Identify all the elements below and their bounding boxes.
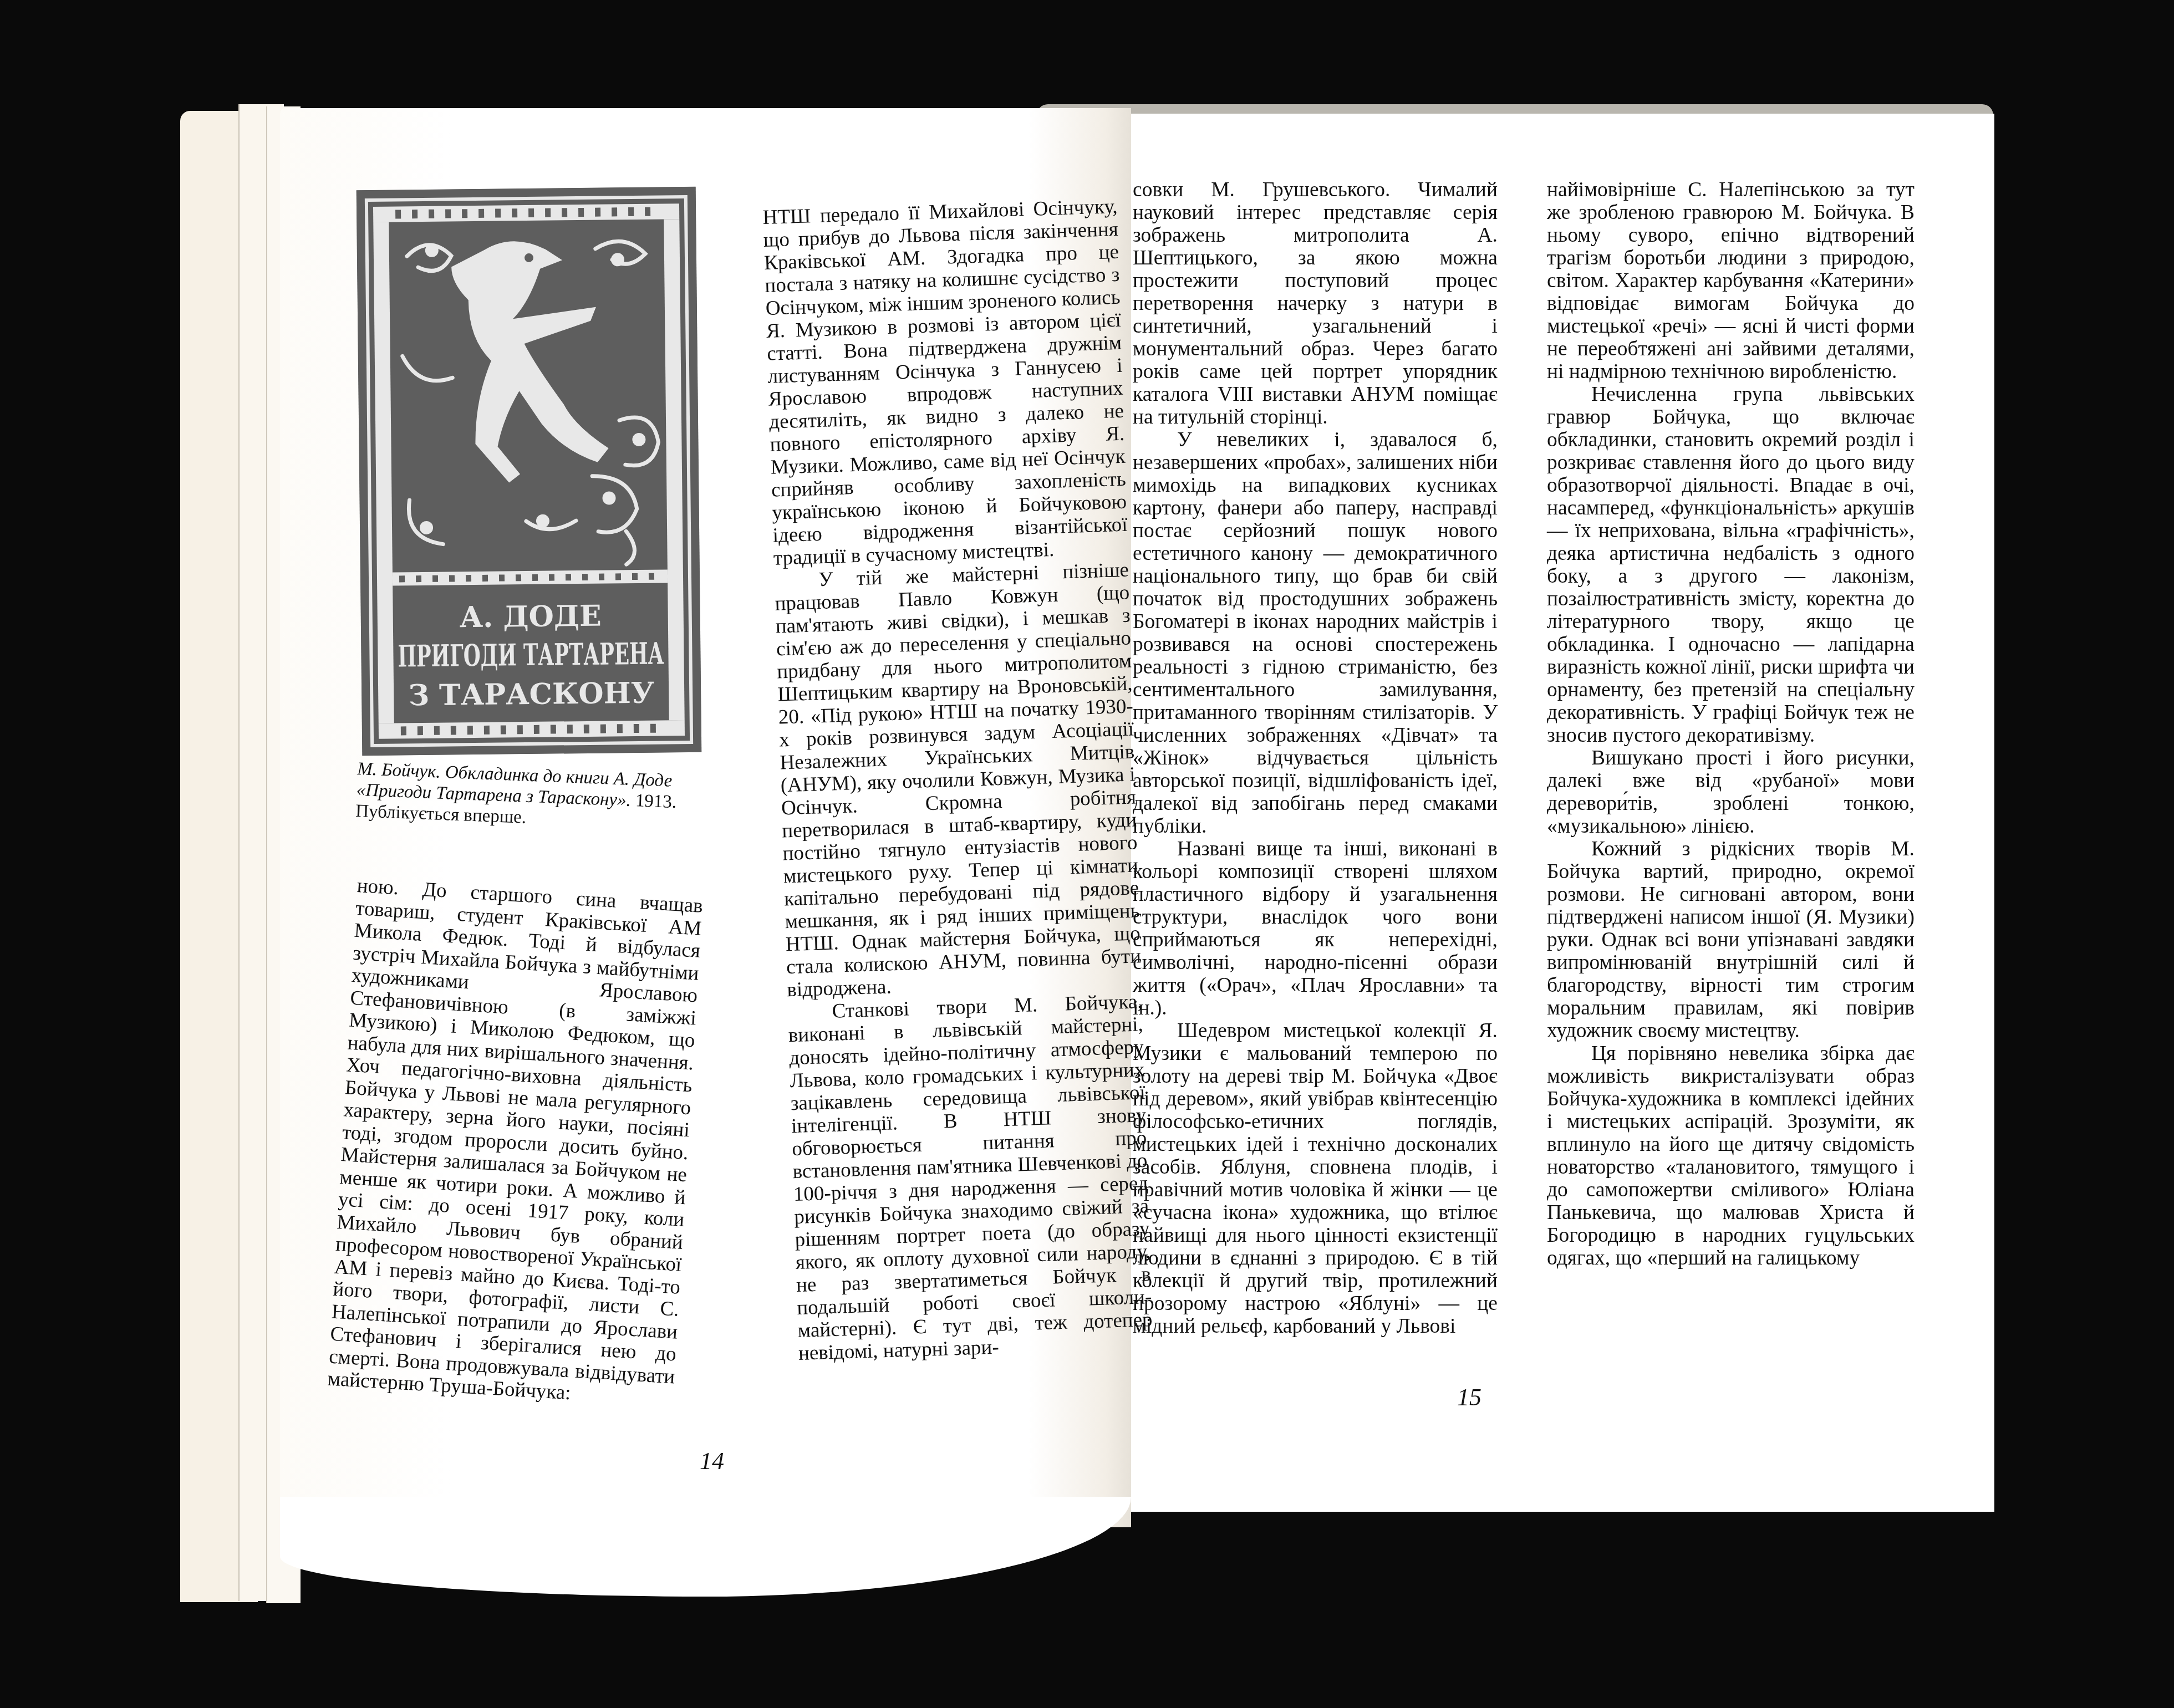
inscription-line: А. ДОДЕ [459,599,602,635]
left-page-column-2: НТШ передало її Михайлові Осінчуку, що п… [762,195,1153,1365]
paragraph: Шедевром мистецької колекції Я. Музики є… [1133,1019,1498,1338]
paragraph: Нечисленна група львівських гравюр Бойчу… [1547,383,1915,747]
book-cover-illustration: А. ДОДЕ ПРИГОДИ ТАРТАРЕНА З ТАРАСКОНУ [357,187,702,756]
caption-author: М. Бойчук. [357,759,441,782]
paragraph: У невеликих і, здавалося б, незавершених… [1133,429,1498,838]
inscription-line: ПРИГОДИ ТАРТАРЕНА [398,635,664,674]
right-page-column-1: совки М. Грушевського. Чималий науковий … [1133,179,1498,1338]
paragraph: ною. До старшого сина вчащав товариш, ст… [327,875,704,1411]
paragraph: Вишукано прості і його рисунки, далекі в… [1547,747,1915,838]
paragraph: найімовірніше С. Налепінською за тут же … [1547,179,1915,383]
paragraph: Ця порівняно невелика збірка дає можливі… [1547,1042,1915,1269]
paragraph: Кожний з рідкісних творів М. Бойчука вар… [1547,838,1915,1042]
page-number: 15 [1457,1383,1481,1411]
paragraph: Станкові твори М. Бойчука, виконані в ль… [787,990,1153,1365]
paragraph: НТШ передало її Михайлові Осінчуку, що п… [762,195,1128,570]
paragraph: совки М. Грушевського. Чималий науковий … [1133,179,1498,429]
paragraph: У тій же майстерні пізніше працював Павл… [774,559,1142,1002]
right-page-column-2: найімовірніше С. Налепінською за тут же … [1547,179,1915,1269]
paragraph: Названі вище та інші, виконані в кольорі… [1133,838,1498,1019]
woodcut-image: А. ДОДЕ ПРИГОДИ ТАРТАРЕНА З ТАРАСКОНУ [357,187,702,756]
page-number: 14 [700,1447,724,1475]
left-page-column-1: ною. До старшого сина вчащав товариш, ст… [327,875,704,1411]
inscription-line: З ТАРАСКОНУ [408,676,654,713]
